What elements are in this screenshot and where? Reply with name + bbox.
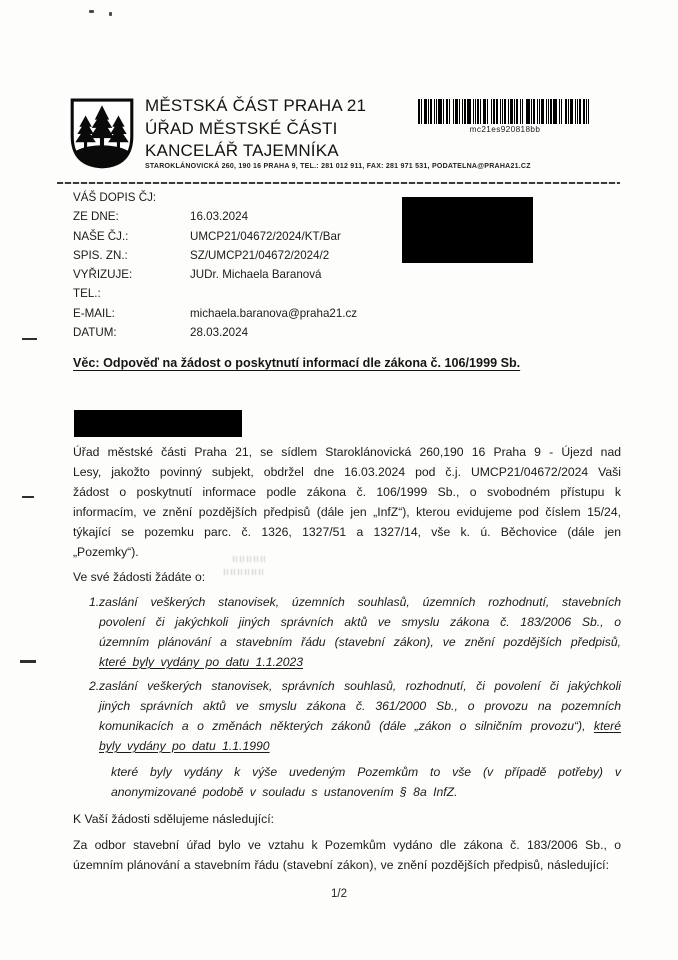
org-line-2: ÚŘAD MĚSTSKÉ ČÁSTI (145, 118, 366, 141)
list-item-body: zaslání veškerých stanovisek, územních s… (99, 595, 621, 649)
barcode-block: mc21es920818bb (418, 99, 592, 134)
list-number: 1. (73, 592, 99, 672)
meta-value: 28.03.2024 (190, 326, 248, 339)
list-item-text: zaslání veškerých stanovisek, správních … (99, 676, 621, 756)
meta-row: E-MAIL:michaela.baranova@praha21.cz (73, 304, 357, 323)
organization-name-block: MĚSTSKÁ ČÁST PRAHA 21 ÚŘAD MĚSTSKÉ ČÁSTI… (145, 95, 366, 163)
fold-mark (22, 338, 37, 340)
meta-label: E-MAIL: (73, 304, 190, 323)
letter-meta-block: VÁŠ DOPIS ČJ: ZE DNE:16.03.2024 NAŠE ČJ.… (73, 188, 357, 342)
meta-row: ZE DNE:16.03.2024 (73, 207, 357, 226)
meta-value: UMCP21/04672/2024/KT/Bar (190, 230, 341, 243)
org-address-line: STAROKLÁNOVICKÁ 260, 190 16 PRAHA 9, TEL… (145, 163, 531, 170)
meta-label: NAŠE ČJ.: (73, 227, 190, 246)
paragraph-response-lead: K Vaší žádosti sdělujeme následující: (73, 809, 621, 829)
org-line-3: KANCELÁŘ TAJEMNÍKA (145, 140, 366, 163)
paragraph-request-lead: Ve své žádosti žádáte o: (73, 567, 621, 587)
meta-row: DATUM:28.03.2024 (73, 323, 357, 342)
paragraph-anonymized-note: které byly vydány k výše uvedeným Pozemk… (111, 762, 621, 802)
praha21-coat-of-arms-icon (68, 97, 136, 176)
meta-row: TEL.: (73, 284, 357, 303)
barcode-label: mc21es920818bb (418, 125, 592, 134)
request-list-item-2: 2. zaslání veškerých stanovisek, správní… (73, 676, 621, 756)
meta-label: VÁŠ DOPIS ČJ: (73, 188, 190, 207)
meta-value: JUDr. Michaela Baranová (190, 268, 321, 281)
scan-speck (109, 12, 112, 16)
meta-row: VÁŠ DOPIS ČJ: (73, 188, 357, 207)
fold-mark (22, 496, 34, 498)
scan-speck (89, 10, 94, 13)
scanned-letter-page: MĚSTSKÁ ČÁST PRAHA 21 ÚŘAD MĚSTSKÉ ČÁSTI… (0, 0, 678, 960)
meta-label: DATUM: (73, 323, 190, 342)
list-item-text: zaslání veškerých stanovisek, územních s… (99, 592, 621, 672)
meta-value: michaela.baranova@praha21.cz (190, 307, 357, 320)
page-number: 1/2 (0, 888, 678, 900)
meta-label: TEL.: (73, 284, 190, 303)
barcode-icon (418, 99, 592, 124)
meta-label: VYŘIZUJE: (73, 265, 190, 284)
request-list-item-1: 1. zaslání veškerých stanovisek, územníc… (73, 592, 621, 672)
meta-label: ZE DNE: (73, 207, 190, 226)
meta-value: 16.03.2024 (190, 210, 248, 223)
meta-row: SPIS. ZN.:SZ/UMCP21/04672/2024/2 (73, 246, 357, 265)
list-item-body: zaslání veškerých stanovisek, správních … (99, 679, 621, 733)
list-number: 2. (73, 676, 99, 756)
org-line-1: MĚSTSKÁ ČÁST PRAHA 21 (145, 95, 366, 118)
meta-label: SPIS. ZN.: (73, 246, 190, 265)
letterhead-divider (57, 182, 620, 184)
fold-mark (20, 660, 36, 663)
list-item-underlined: které byly vydány po datu 1.1.2023 (99, 655, 303, 669)
meta-row: NAŠE ČJ.:UMCP21/04672/2024/KT/Bar (73, 227, 357, 246)
paragraph-intro: Úřad městské části Praha 21, se sídlem S… (73, 442, 621, 562)
paragraph-building-office: Za odbor stavební úřad bylo ve vztahu k … (73, 835, 621, 875)
subject-line: Věc: Odpověď na žádost o poskytnutí info… (73, 356, 520, 370)
redaction-box-addressee (402, 197, 533, 263)
redaction-box-salutation (74, 410, 242, 437)
meta-value: SZ/UMCP21/04672/2024/2 (190, 249, 329, 262)
meta-row: VYŘIZUJE:JUDr. Michaela Baranová (73, 265, 357, 284)
letter-body: Úřad městské části Praha 21, se sídlem S… (73, 442, 621, 875)
